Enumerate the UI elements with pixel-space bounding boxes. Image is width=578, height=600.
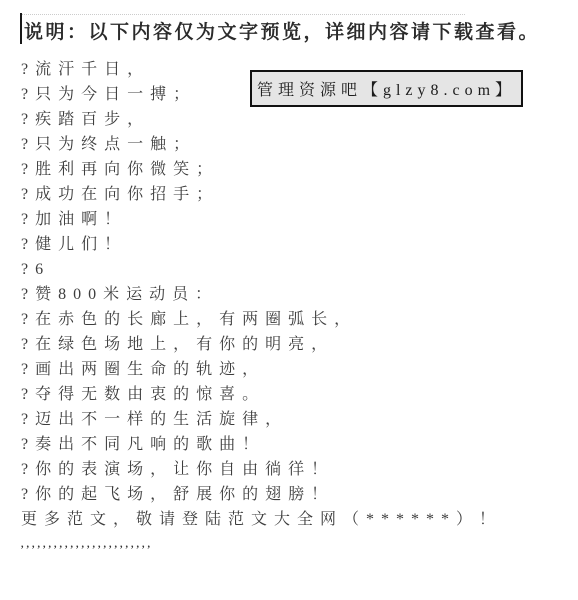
preview-line: ?迈出不一样的生活旋律， <box>21 407 561 432</box>
preview-line: ?流汗千日， <box>21 57 561 82</box>
dots-line: ,,,,,,,,,,,,,,,,,,,,,,,, <box>21 532 561 557</box>
preview-line: ?6 <box>21 257 561 282</box>
preview-content: ?流汗千日， ?只为今日一搏； ?疾踏百步， ?只为终点一触； ?胜利再向你微笑… <box>21 57 561 557</box>
preview-line: ?夺得无数由衷的惊喜。 <box>21 382 561 407</box>
footer-note: 更多范文，敬请登陆范文大全网（******）！ <box>21 507 561 532</box>
preview-line: ?成功在向你招手； <box>21 182 561 207</box>
preview-line: ?你的表演场，让你自由徜徉！ <box>21 457 561 482</box>
preview-line: ?在绿色场地上，有你的明亮， <box>21 332 561 357</box>
preview-line: ?赞800米运动员： <box>21 282 561 307</box>
preview-line: ?加油啊！ <box>21 207 561 232</box>
preview-line: ?奏出不同凡响的歌曲！ <box>21 432 561 457</box>
document-preview-page: 说明：以下内容仅为文字预览，详细内容请下载查看。 管理资源吧【glzy8.com… <box>0 0 578 600</box>
preview-line: ?只为终点一触； <box>21 132 561 157</box>
preview-line: ?你的起飞场，舒展你的翅膀！ <box>21 482 561 507</box>
preview-line: ?在赤色的长廊上，有两圈弧长， <box>21 307 561 332</box>
preview-line: ?画出两圈生命的轨迹， <box>21 357 561 382</box>
preview-line: ?胜利再向你微笑； <box>21 157 561 182</box>
top-divider-line <box>21 14 465 15</box>
preview-line: ?疾踏百步， <box>21 107 561 132</box>
text-cursor <box>20 13 22 44</box>
preview-notice: 说明：以下内容仅为文字预览，详细内容请下载查看。 <box>24 17 540 44</box>
preview-line: ?健儿们！ <box>21 232 561 257</box>
preview-line: ?只为今日一搏； <box>21 82 561 107</box>
